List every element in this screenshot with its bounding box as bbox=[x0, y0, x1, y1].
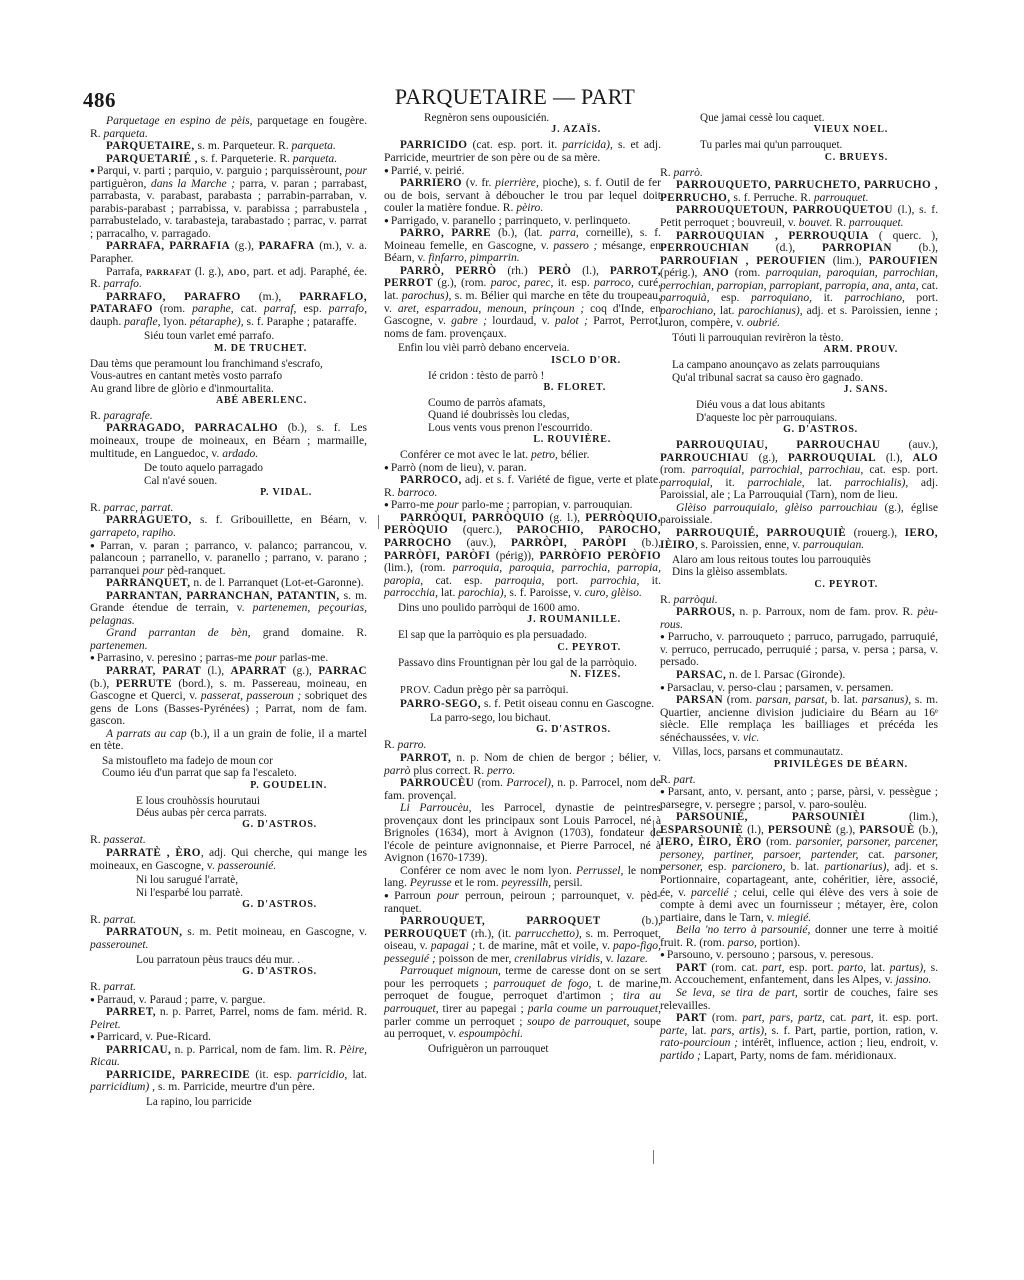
headword: parrafat bbox=[146, 266, 191, 278]
quote-line: Regnèron sens oupousicién. bbox=[384, 112, 661, 124]
entry-text: (rom. bbox=[723, 693, 756, 706]
quote-line: Dins uno poulido parròqui de 1600 amo. bbox=[384, 602, 661, 614]
italic-text: parsan, parsat, bbox=[756, 693, 827, 706]
italic-text: part. bbox=[674, 773, 696, 786]
column-right: Que jamai cessè lou caquet.VIEUX NOEL.Tu… bbox=[660, 110, 938, 1062]
entry-text: s. f. Parqueterie. R. bbox=[198, 152, 293, 165]
entry-text: v. bbox=[603, 952, 617, 965]
entry-text: esp. bbox=[703, 860, 732, 873]
entry-text: (b.), bbox=[627, 536, 661, 549]
entry-text: (lim.), bbox=[865, 810, 938, 823]
entry-text: (v. fr. bbox=[462, 176, 495, 189]
italic-text: parrat. bbox=[104, 980, 137, 993]
quote-line: Villas, locs, parsans et communautatz. bbox=[660, 746, 938, 758]
dictionary-entry: PARRAT, PARAT (l.), APARRAT (g.), PARRAC… bbox=[90, 665, 367, 728]
entry-text: cat. bbox=[234, 302, 264, 315]
italic-text: curo, glèiso. bbox=[585, 586, 642, 599]
headword: PARSAN bbox=[676, 694, 723, 706]
quote-line: La rapino, lou parricide bbox=[90, 1096, 367, 1108]
citation-quote: De touto aquelo parragadoCal n'avé souen… bbox=[90, 462, 367, 499]
italic-text: parroco, bbox=[594, 276, 634, 289]
dictionary-entry: Li Parroucèu, les Parrocel, dynastie de … bbox=[384, 802, 661, 865]
italic-text: peyressilh, bbox=[502, 876, 551, 889]
italic-text: Parquetage en espino de pèis, bbox=[106, 114, 253, 127]
quote-attribution: ISCLO D'OR. bbox=[384, 355, 661, 367]
quote-line: El sap que la parròquio es pla persuadad… bbox=[384, 629, 661, 641]
italic-text: dans la Marche ; bbox=[151, 177, 235, 190]
headword: PARRO-SEGO, bbox=[400, 698, 481, 710]
quote-line: La campano anounçavo as zelats parrouqui… bbox=[660, 359, 938, 371]
citation-quote: Coumo de parròs afamats,Quand ié doubris… bbox=[384, 397, 661, 446]
italic-text: parricidium) , bbox=[90, 1080, 155, 1093]
entry-text: (périg)), bbox=[490, 549, 539, 562]
entry-text: lat. bbox=[805, 476, 845, 489]
dictionary-entry: Parrafa, parrafat (l. g.), ado, part. et… bbox=[90, 266, 367, 291]
italic-text: parto, bbox=[838, 961, 866, 974]
italic-text: parrouquian. bbox=[803, 538, 864, 551]
headword: PARRATÈ , ÈRO bbox=[106, 847, 201, 859]
entry-text: Parraud, v. Paraud ; parre, v. pargue. bbox=[97, 993, 266, 1006]
italic-text: parte, bbox=[660, 1024, 687, 1037]
entry-text: lat. bbox=[716, 304, 738, 317]
entry-text: R. bbox=[660, 773, 674, 786]
quote-line: De touto aquelo parragado bbox=[90, 462, 367, 474]
headword: PARRAC bbox=[318, 665, 367, 677]
quote-attribution: ARM. PROUV. bbox=[660, 344, 938, 356]
entry-text: Parrasino, v. peresino ; parras-me bbox=[97, 651, 255, 664]
italic-text: Peiret. bbox=[90, 1018, 121, 1031]
entry-text: R. bbox=[832, 216, 848, 229]
italic-text: parrocchia, bbox=[384, 586, 438, 599]
headword: PARROPIAN bbox=[822, 242, 892, 254]
italic-text: parroquiano, bbox=[751, 291, 812, 304]
entry-text: plus correct. R. bbox=[410, 764, 487, 777]
entry-text: (g. l.), bbox=[544, 511, 585, 524]
dictionary-entry: PARRANQUET, n. de l. Parranquet (Lot-et-… bbox=[90, 577, 367, 590]
headword: PARRANQUET, bbox=[106, 577, 190, 589]
entry-text: (g.), bbox=[286, 664, 318, 677]
dictionary-entry: PARRÒQUI, PARRÒQUIO (g. l.), PERRÒQUIO, … bbox=[384, 512, 661, 600]
italic-text: paroc, parec, bbox=[491, 276, 554, 289]
headword: PERROUQUET bbox=[384, 928, 467, 940]
entry-text: (auv.), bbox=[452, 536, 511, 549]
headword: PARQUETARIÉ , bbox=[106, 153, 198, 165]
entry-text: (lim.), (rom. bbox=[384, 561, 453, 574]
italic-text: parrochiano, bbox=[844, 291, 904, 304]
quote-line: Lous vents vous prenon l'escourrido. bbox=[384, 422, 661, 434]
headword: PARRICIDO bbox=[400, 139, 467, 151]
cross-reference-entry: Parran, v. paran ; parranco, v. palanco;… bbox=[90, 540, 367, 578]
headword: PARROUQUIAL bbox=[788, 452, 876, 464]
citation-quote: Que jamai cessè lou caquet.VIEUX NOEL. bbox=[660, 112, 938, 136]
headword: PARRAT, PARAT bbox=[106, 665, 201, 677]
citation-quote: El sap que la parròquio es pla persuadad… bbox=[384, 629, 661, 653]
headword: PARSOUNIÉ, PARSOUNIÈI bbox=[676, 811, 865, 823]
dictionary-entry: PARROUCÈU (rom. Parrocel), n. p. Parroce… bbox=[384, 777, 661, 802]
entry-text: esp. port. bbox=[785, 961, 839, 974]
dictionary-entry: Parquetage en espino de pèis, parquetage… bbox=[90, 115, 367, 140]
italic-text: passerat, passeroun ; bbox=[201, 689, 301, 702]
entry-text: (m.), bbox=[241, 290, 299, 303]
italic-text: parrouquet. bbox=[814, 191, 869, 204]
headword: PARRANTAN, PARRANCHAN, PATANTIN, bbox=[106, 590, 340, 602]
dictionary-entry: R. parrò. bbox=[660, 167, 938, 180]
italic-text: parrò bbox=[384, 764, 410, 777]
italic-text: pierrière, bbox=[495, 176, 539, 189]
headword: PARROUFIAN , PEROUFIEN bbox=[660, 255, 826, 267]
italic-text: Beila 'no terro à parsounié, bbox=[676, 923, 810, 936]
entry-text: s. m. Parricide, meurtre d'un père. bbox=[155, 1080, 315, 1093]
entry-text: cat. bbox=[919, 279, 938, 292]
entry-text: it. esp. bbox=[553, 276, 594, 289]
italic-text: passerat. bbox=[104, 833, 146, 846]
headword: PARRÒ, PERRÒ bbox=[400, 265, 497, 277]
italic-text: parrouquet. bbox=[849, 216, 904, 229]
quote-attribution: P. GOUDELIN. bbox=[90, 780, 367, 792]
italic-text: parrat. bbox=[104, 913, 137, 926]
italic-text: pour bbox=[437, 889, 459, 902]
dictionary-entry: PARRAFA, PARRAFIA (g.), PARAFRA (m.), v.… bbox=[90, 240, 367, 265]
entry-text: Parrò (nom de lieu), v. paran. bbox=[391, 461, 527, 474]
entry-text: Parsant, anto, v. persant, anto ; parse,… bbox=[660, 785, 938, 811]
italic-text: parricidio, bbox=[297, 1068, 347, 1081]
entry-text: Conférer ce mot avec le lat. bbox=[400, 448, 531, 461]
entry-text: (b.), (lat. bbox=[491, 226, 549, 239]
entry-text: Parricard, v. Pue-Ricard. bbox=[97, 1030, 211, 1043]
dictionary-entry: Beila 'no terro à parsounié, donner une … bbox=[660, 924, 938, 949]
entry-text: (périg.), bbox=[660, 266, 703, 279]
quote-line: Ni l'esparbé lou parratè. bbox=[90, 887, 367, 899]
citation-quote: Villas, locs, parsans et communautatz.PR… bbox=[660, 746, 938, 770]
entry-text: lat. bbox=[866, 961, 890, 974]
margin-mark bbox=[653, 1150, 654, 1164]
citation-quote: E lous crouhòssis hourutauiDéus aubas pè… bbox=[90, 795, 367, 832]
quote-line: Enfin lou vièi parrò debano encerveia. bbox=[384, 342, 661, 354]
entry-text: et le rom. bbox=[452, 876, 502, 889]
dictionary-entry: PARROUQUETO, PARRUCHETO, PARRUCHO , PERR… bbox=[660, 179, 938, 204]
italic-text: parafle, bbox=[124, 315, 160, 328]
italic-text: Se leva, se tira de part, bbox=[676, 986, 798, 999]
italic-text: parra, bbox=[549, 226, 578, 239]
dictionary-entry: PARROUQUET, PARROQUET (b.), PERROUQUET (… bbox=[384, 915, 661, 965]
italic-text: partido ; bbox=[660, 1049, 701, 1062]
entry-text: (rom. bbox=[660, 463, 692, 476]
entry-text: Parrafa, bbox=[106, 265, 146, 278]
dictionary-entry: PARSOUNIÉ, PARSOUNIÈI (lim.), ESPARSOUNI… bbox=[660, 811, 938, 924]
italic-text: perro. bbox=[487, 764, 515, 777]
quote-attribution: P. VIDAL. bbox=[90, 487, 367, 499]
headword: PARROCO, bbox=[400, 474, 462, 486]
italic-text: passero ; bbox=[553, 239, 597, 252]
headword: PARROUCHIAU bbox=[660, 452, 749, 464]
headword: PART bbox=[676, 962, 707, 974]
quote-attribution: C. BRUEYS. bbox=[660, 152, 938, 164]
entry-text: s. f. Paroisse, v. bbox=[507, 586, 585, 599]
quote-line: Lou parratoun pèus traucs déu mur. . bbox=[90, 954, 367, 966]
entry-text: R. bbox=[660, 593, 674, 606]
entry-text: R. bbox=[90, 833, 104, 846]
entry-text: , s. Paroissien, enne, v. bbox=[695, 538, 803, 551]
quote-attribution: G. D'ASTROS. bbox=[90, 966, 367, 978]
entry-text: port. bbox=[544, 574, 590, 587]
citation-quote: Passavo dins Frountignan pèr lou gal de … bbox=[384, 657, 661, 681]
dictionary-entry: PARROUQUETOUN, PARROUQUETOU (l.), s. f. … bbox=[660, 204, 938, 229]
entry-text: (l. g.), bbox=[191, 265, 227, 278]
entry-text: (g.), (rom. bbox=[433, 276, 491, 289]
italic-text: ardado. bbox=[222, 447, 258, 460]
headword: PERROUCHIAN bbox=[660, 242, 749, 254]
italic-text: gabre ; bbox=[451, 314, 487, 327]
italic-text: Li Parroucèu, bbox=[400, 801, 472, 814]
quote-attribution: J. AZAÏS. bbox=[384, 124, 661, 136]
italic-text: pour bbox=[142, 564, 164, 577]
italic-text: parroquial, parrochial, parrochiau, bbox=[692, 463, 864, 476]
italic-text: parrochia, bbox=[591, 574, 640, 587]
italic-text: A parrats au cap bbox=[106, 727, 187, 740]
entry-text: n. p. Nom de chien de bergor ; bélier, v… bbox=[451, 751, 661, 764]
entry-text: (it. esp. bbox=[250, 1068, 297, 1081]
headword: PARRICIDE, PARRECIDE bbox=[106, 1069, 250, 1081]
entry-text: lat. bbox=[438, 586, 458, 599]
quote-attribution: G. D'ASTROS. bbox=[90, 899, 367, 911]
italic-text: rato-pourcioun ; bbox=[660, 1036, 738, 1049]
entry-text: persil. bbox=[551, 876, 583, 889]
citation-quote: Enfin lou vièi parrò debano encerveia.IS… bbox=[384, 342, 661, 366]
italic-text: partenemen. bbox=[90, 639, 148, 652]
quote-attribution: VIEUX NOEL. bbox=[660, 124, 938, 136]
quote-line: Tu parles mai qu'un parrouquet. bbox=[660, 139, 938, 151]
citation-quote: La rapino, lou parricide bbox=[90, 1096, 367, 1108]
dictionary-entry: Parrouquet mignoun, terme de caresse don… bbox=[384, 965, 661, 1040]
entry-text: s. m. Parqueteur. R. bbox=[195, 139, 292, 152]
italic-text: pour bbox=[437, 498, 459, 511]
italic-text: parroquià, bbox=[660, 291, 710, 304]
quote-line: Coumo de parròs afamats, bbox=[384, 397, 661, 409]
headword: PARSOUÈ bbox=[859, 824, 914, 836]
italic-text: barroco. bbox=[398, 486, 438, 499]
entry-text: R. bbox=[660, 166, 674, 179]
cross-reference-entry: Parroun pour perroun, peiroun ; parrounq… bbox=[384, 890, 661, 915]
dictionary-entry: PARRANTAN, PARRANCHAN, PATANTIN, s. m. G… bbox=[90, 590, 367, 628]
entry-text: (b.), bbox=[892, 241, 938, 254]
headword: PARRÒFI, PARÒFI bbox=[384, 550, 490, 562]
dictionary-entry: PARRET, n. p. Parret, Parrel, noms de fa… bbox=[90, 1006, 367, 1031]
headword: ANO bbox=[703, 267, 729, 279]
entry-text: n. p. Parret, Parrel, noms de fam. mérid… bbox=[156, 1005, 367, 1018]
italic-text: parrucchetto), bbox=[515, 927, 582, 940]
quote-line: Oufriguèron un parrouquet bbox=[384, 1043, 661, 1055]
italic-text: partus), bbox=[890, 961, 926, 974]
quote-attribution: C. PEYROT. bbox=[384, 642, 661, 654]
italic-text: parochia), bbox=[458, 586, 506, 599]
margin-mark bbox=[378, 515, 379, 529]
italic-text: bouvet. bbox=[799, 216, 833, 229]
entry-text: Cadun prègo pèr sa parròqui. bbox=[431, 683, 569, 696]
dictionary-entry: PARROUQUIAN , PERROUQUIA ( querc. ), PER… bbox=[660, 230, 938, 330]
entry-text: Parrigado, v. paranello ; parrinqueto, v… bbox=[391, 214, 631, 227]
entry-text: Parroun bbox=[394, 889, 437, 902]
entry-text: (l.), bbox=[743, 823, 768, 836]
italic-text: jassino. bbox=[896, 973, 932, 986]
italic-text: parrac, parrat. bbox=[104, 501, 174, 514]
italic-text: parsanus), bbox=[862, 693, 911, 706]
quote-line: D'aqueste loc pèr parrouquians. bbox=[660, 412, 938, 424]
entry-text: n. p. Parroux, nom de fam. prov. R. bbox=[735, 605, 917, 618]
page-number: 486 bbox=[83, 88, 116, 113]
italic-text: parro. bbox=[398, 738, 427, 751]
quote-line: Qu'al tribunal sacrat sa causo èro gagna… bbox=[660, 372, 938, 384]
entry-text: grand domaine. R. bbox=[251, 626, 367, 639]
entry-text: dauph. bbox=[90, 315, 124, 328]
entry-text: ( querc. ), bbox=[869, 229, 938, 242]
dictionary-entry: Se leva, se tira de part, sortir de couc… bbox=[660, 987, 938, 1012]
citation-quote: Tu parles mai qu'un parrouquet.C. BRUEYS… bbox=[660, 139, 938, 163]
headword: PARROUQUIÉ, PARROUQUIÈ bbox=[676, 527, 846, 539]
quote-line: La parro-sego, lou bichaut. bbox=[384, 712, 661, 724]
headword: PARRAGADO, PARRACALHO bbox=[106, 422, 278, 434]
dictionary-entry: PARRATOUN, s. m. Petit moineau, en Gasco… bbox=[90, 926, 367, 951]
quote-line: Tóuti li parrouquian revirèron la tèsto. bbox=[660, 332, 938, 344]
italic-text: parcelié ; bbox=[691, 886, 737, 899]
entry-text: PROV. bbox=[400, 685, 431, 696]
italic-text: parròqui. bbox=[674, 593, 718, 606]
italic-text: parrò. bbox=[674, 166, 703, 179]
entry-text: Lapart, Party, noms de fam. méridionaux. bbox=[701, 1049, 897, 1062]
cross-reference-entry: Parqui, v. parti ; parquio, v. parguio ;… bbox=[90, 165, 367, 240]
entry-text: (rom. cat. bbox=[707, 961, 762, 974]
dictionary-entry: PARRIERO (v. fr. pierrière, pioche), s. … bbox=[384, 177, 661, 215]
headword: PARROUCÈU bbox=[400, 777, 474, 789]
italic-text: Peyrusse bbox=[410, 876, 452, 889]
entry-text: it. bbox=[713, 476, 748, 489]
entry-text: (rh.), (it. bbox=[467, 927, 515, 940]
dictionary-entry: PARRAGUETO, s. f. Gribouillette, en Béar… bbox=[90, 514, 367, 539]
entry-text: Parrucho, v. parrouqueto ; parruco, parr… bbox=[660, 630, 938, 668]
entry-text: Parsaclau, v. perso-clau ; parsamen, v. … bbox=[667, 681, 894, 694]
quote-line: Coumo iéu d'un parrat que sap fa l'escal… bbox=[90, 767, 367, 779]
italic-text: Perrussel, bbox=[576, 864, 623, 877]
dictionary-entry: PARROT, n. p. Nom de chien de bergor ; b… bbox=[384, 752, 661, 777]
italic-text: pétaraphe), bbox=[190, 315, 244, 328]
headword: PARRO, PARRE bbox=[400, 227, 491, 239]
headword: PARSAC, bbox=[676, 669, 726, 681]
quote-line: Cal n'avé souen. bbox=[90, 475, 367, 487]
entry-text: (auv.), bbox=[880, 438, 938, 451]
cross-reference-entry: Parsant, anto, v. persant, anto ; parse,… bbox=[660, 786, 938, 811]
entry-text: (cat. esp. port. it. bbox=[467, 138, 562, 151]
dictionary-entry: Conférer ce nom avec le nom lyon. Perrus… bbox=[384, 865, 661, 890]
margin-mark bbox=[653, 820, 654, 838]
headword: PARROUQUETOUN, PARROUQUETOU bbox=[676, 204, 893, 216]
italic-text: parqueta. bbox=[293, 152, 337, 165]
italic-text: part, bbox=[851, 1011, 873, 1024]
dictionary-entry: PARROUQUIAU, PARROUCHAU (auv.), PARROUCH… bbox=[660, 439, 938, 502]
headword: PARROUQUIAU, PARROUCHAU bbox=[676, 439, 880, 451]
entry-text: (g.), bbox=[230, 239, 259, 252]
entry-text: (querc.), bbox=[448, 523, 517, 536]
dictionary-entry: PROV. Cadun prègo pèr sa parròqui. bbox=[384, 684, 661, 698]
italic-text: parla coume un parrouquet, bbox=[528, 1002, 661, 1015]
entry-text: (b.), bbox=[90, 677, 116, 690]
italic-text: oubrié. bbox=[747, 316, 780, 329]
entry-text: it. bbox=[639, 574, 661, 587]
italic-text: parrochiale, bbox=[747, 476, 804, 489]
headword: PARRAFO, PARAFRO bbox=[106, 291, 241, 303]
italic-text: lazare. bbox=[616, 952, 647, 965]
dictionary-entry: PARRO, PARRE (b.), (lat. parra, corneill… bbox=[384, 227, 661, 265]
italic-text: petro, bbox=[531, 448, 558, 461]
quote-line: Que jamai cessè lou caquet. bbox=[660, 112, 938, 124]
dictionary-entry: PARRICAU, n. p. Parrical, nom de fam. li… bbox=[90, 1044, 367, 1069]
entry-text: esp. bbox=[710, 291, 751, 304]
entry-text: parlo-me ; parropian, v. parrouquian. bbox=[459, 498, 633, 511]
entry-text: intérêt, influence, action ; lieu, endro… bbox=[738, 1036, 938, 1049]
quote-attribution: ABÉ ABERLENC. bbox=[90, 395, 367, 407]
quote-attribution: J. ROUMANILLE. bbox=[384, 614, 661, 626]
dictionary-entry: PARSAN (rom. parsan, parsat, b. lat. par… bbox=[660, 694, 938, 744]
italic-text: parrafo. bbox=[104, 277, 142, 290]
italic-text: parqueta. bbox=[292, 139, 336, 152]
entry-text: Parrié, v. peirié. bbox=[391, 164, 465, 177]
entry-text: it. bbox=[812, 291, 844, 304]
italic-text: parroquial, bbox=[660, 476, 713, 489]
dictionary-entry: PARRAGADO, PARRACALHO (b.), s. f. Les mo… bbox=[90, 422, 367, 460]
citation-quote: Ié cridon : tèsto de parrò !B. FLORET. bbox=[384, 370, 661, 394]
entry-text: poisson de mer, bbox=[436, 952, 514, 965]
entry-text: partiguèron, bbox=[90, 177, 151, 190]
headword: IERO, ÈIRO, ÈRO bbox=[660, 836, 762, 848]
quote-line: Sa mistoufleto ma fadejo de moun cor bbox=[90, 755, 367, 767]
italic-text: pars, artis), bbox=[711, 1024, 767, 1037]
entry-text: (b.), bbox=[915, 823, 938, 836]
italic-text: parqueta. bbox=[104, 127, 148, 140]
quote-line: Siéu toun varlet emé parrafo. bbox=[90, 330, 367, 342]
headword: PARRAFA, PARRAFIA bbox=[106, 240, 230, 252]
entry-text: (d.), bbox=[749, 241, 822, 254]
italic-text: palot ; bbox=[555, 314, 588, 327]
entry-text: b. lat. bbox=[827, 693, 862, 706]
headword: PART bbox=[676, 1012, 707, 1024]
italic-text: pour bbox=[345, 164, 367, 177]
entry-text: (rom. bbox=[729, 266, 766, 279]
italic-text: parochus), bbox=[402, 289, 451, 302]
italic-text: aret, esparradou, menoun, prinçoun ; bbox=[398, 302, 584, 315]
entry-text: (lim.), bbox=[826, 254, 869, 267]
headword: PARRÒFIO PERÒFIO bbox=[539, 550, 661, 562]
entry-text: pèd-ranquet. bbox=[164, 564, 225, 577]
italic-text: parroquia, bbox=[495, 574, 545, 587]
quote-line: Dins la glèiso assemblats. bbox=[660, 566, 938, 578]
entry-text: (l.), bbox=[571, 264, 610, 277]
italic-text: parricida), bbox=[562, 138, 613, 151]
citation-quote: La parro-sego, lou bichaut.G. D'ASTROS. bbox=[384, 712, 661, 736]
dictionary-entry: PARRO-SEGO, s. f. Petit oiseau connu en … bbox=[384, 698, 661, 711]
entry-text: bélier. bbox=[558, 448, 590, 461]
entry-text: parler comme un perroquet ; bbox=[384, 1015, 527, 1028]
dictionary-entry: PARRICIDE, PARRECIDE (it. esp. parricidi… bbox=[90, 1069, 367, 1094]
italic-text: parrafo, bbox=[329, 302, 367, 315]
citation-quote: Alaro am lous reitous toutes lou parrouq… bbox=[660, 554, 938, 591]
quote-attribution: B. FLORET. bbox=[384, 382, 661, 394]
citation-quote: Tóuti li parrouquian revirèron la tèsto.… bbox=[660, 332, 938, 356]
entry-text: (g.), bbox=[749, 451, 788, 464]
entry-text: s. f. Perruche. R. bbox=[730, 191, 813, 204]
italic-text: paragrafe. bbox=[104, 409, 153, 422]
quote-attribution: G. D'ASTROS. bbox=[660, 424, 938, 436]
citation-quote: La campano anounçavo as zelats parrouqui… bbox=[660, 359, 938, 396]
citation-quote: Dau tèms que peramount lou franchimand s… bbox=[90, 358, 367, 407]
entry-text: R. bbox=[90, 980, 104, 993]
